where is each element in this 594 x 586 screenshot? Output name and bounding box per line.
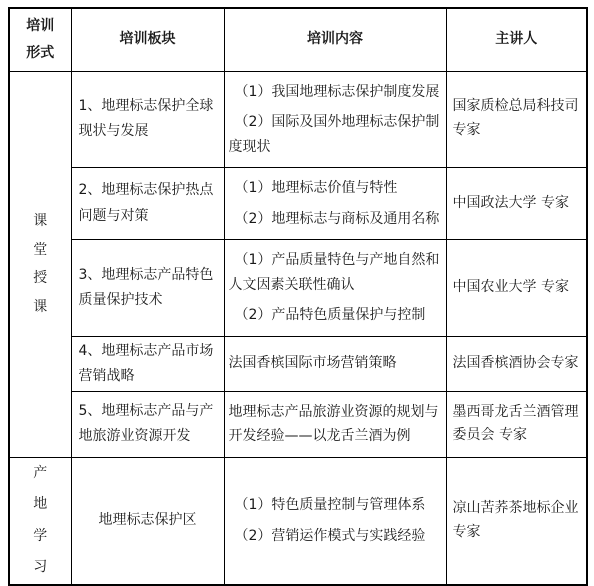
speaker-cell: 墨西哥龙舌兰酒管理委员会 专家 <box>446 391 587 457</box>
content-item: （2）地理标志与商标及通用名称 <box>229 207 441 232</box>
content-item: （1）产品质量特色与产地自然和人文因素关联性确认 <box>229 248 441 297</box>
module-cell: 5、地理标志产品与产地旅游业资源开发 <box>71 391 224 457</box>
module-cell: 2、地理标志保护热点问题与对策 <box>71 168 224 240</box>
content-item: （2）营销运作模式与实践经验 <box>229 524 441 549</box>
header-speaker: 主讲人 <box>446 8 587 71</box>
header-training-form: 培训 形式 <box>9 8 71 71</box>
content-item: （1）我国地理标志保护制度发展 <box>229 80 441 105</box>
header-row: 培训 形式 培训板块 培训内容 主讲人 <box>9 8 587 71</box>
table-row: 2、地理标志保护热点问题与对策 （1）地理标志价值与特性 （2）地理标志与商标及… <box>9 168 587 240</box>
content-cell: （1）产品质量特色与产地自然和人文因素关联性确认 （2）产品特色质量保护与控制 <box>224 240 446 337</box>
module-cell: 1、地理标志保护全球现状与发展 <box>71 71 224 168</box>
speaker-cell: 中国农业大学 专家 <box>446 240 587 337</box>
table-row: 4、地理标志产品市场营销战略 法国香槟国际市场营销策略 法国香槟酒协会专家 <box>9 336 587 391</box>
module-cell: 地理标志保护区 <box>71 457 224 585</box>
speaker-cell: 凉山苦荞茶地标企业专家 <box>446 457 587 585</box>
training-schedule-table: 培训 形式 培训板块 培训内容 主讲人 课 堂 授 课 1、地理标志保护全球现状… <box>8 7 588 586</box>
content-cell: （1）特色质量控制与管理体系 （2）营销运作模式与实践经验 <box>224 457 446 585</box>
speaker-cell: 法国香槟酒协会专家 <box>446 336 587 391</box>
section-label-classroom: 课 堂 授 课 <box>9 71 71 457</box>
content-cell: 法国香槟国际市场营销策略 <box>224 336 446 391</box>
header-training-content: 培训内容 <box>224 8 446 71</box>
content-cell: 地理标志产品旅游业资源的规划与开发经验——以龙舌兰酒为例 <box>224 391 446 457</box>
content-cell: （1）地理标志价值与特性 （2）地理标志与商标及通用名称 <box>224 168 446 240</box>
content-item: 地理标志产品旅游业资源的规划与开发经验——以龙舌兰酒为例 <box>229 400 441 449</box>
module-cell: 3、地理标志产品特色质量保护技术 <box>71 240 224 337</box>
speaker-cell: 国家质检总局科技司专家 <box>446 71 587 168</box>
table-row: 课 堂 授 课 1、地理标志保护全球现状与发展 （1）我国地理标志保护制度发展 … <box>9 71 587 168</box>
content-item: （2）产品特色质量保护与控制 <box>229 303 441 328</box>
content-item: （1）地理标志价值与特性 <box>229 176 441 201</box>
table-row: 5、地理标志产品与产地旅游业资源开发 地理标志产品旅游业资源的规划与开发经验——… <box>9 391 587 457</box>
section-label-onsite: 产 地 学 习 <box>9 457 71 585</box>
speaker-cell: 中国政法大学 专家 <box>446 168 587 240</box>
page: 培训 形式 培训板块 培训内容 主讲人 课 堂 授 课 1、地理标志保护全球现状… <box>0 0 594 517</box>
content-item: 法国香槟国际市场营销策略 <box>229 351 441 376</box>
header-training-module: 培训板块 <box>71 8 224 71</box>
content-cell: （1）我国地理标志保护制度发展 （2）国际及国外地理标志保护制度现状 <box>224 71 446 168</box>
module-cell: 4、地理标志产品市场营销战略 <box>71 336 224 391</box>
content-item: （1）特色质量控制与管理体系 <box>229 493 441 518</box>
content-item: （2）国际及国外地理标志保护制度现状 <box>229 110 441 159</box>
table-row: 产 地 学 习 地理标志保护区 （1）特色质量控制与管理体系 （2）营销运作模式… <box>9 457 587 585</box>
table-row: 3、地理标志产品特色质量保护技术 （1）产品质量特色与产地自然和人文因素关联性确… <box>9 240 587 337</box>
